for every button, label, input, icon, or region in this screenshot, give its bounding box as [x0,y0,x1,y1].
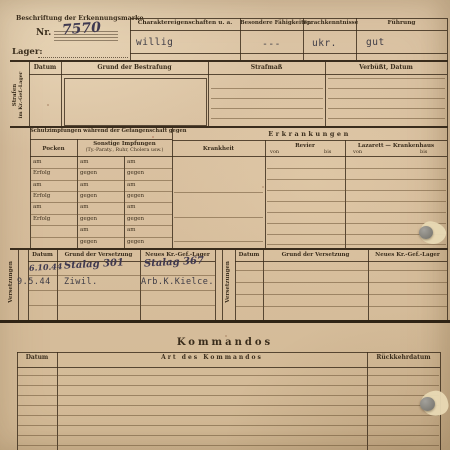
rule-line [30,191,172,192]
impfungen-header-sonstige-sub: (Ty.-Paraty., Ruhr, Cholera usw.) [77,148,172,154]
vac-row-label: gegen [80,170,97,176]
transfer-entry-grund-typed: Ziwil. [64,277,98,287]
rule-line [174,192,263,193]
rule-line [211,88,323,89]
kommandos-header-rueckkehr: Rückkehrdatum [367,355,440,362]
rule-line [30,180,172,181]
paper-speck [47,104,49,106]
rule-line [174,241,263,242]
lazarett-von-label: von [353,150,362,156]
versetzungen-right-header-datum: Datum [235,252,263,258]
erkrankungen-header-krankheit: Krankheit [172,146,265,152]
rule-line [328,108,445,109]
rule-line [18,425,439,426]
vac-row-label: am [127,159,136,165]
rule-line [267,168,446,169]
versetzungen-side-label-text: Versetzungen [8,250,14,314]
rule-line [18,415,439,416]
vac-row-label: am [80,227,89,233]
impfungen-header-pocken: Pocken [30,146,77,152]
strafen-side-label-line2: im Kr.-Gef.-Lager [18,63,24,127]
divider [130,53,447,54]
revier-von-label: von [270,150,279,156]
versetzungen-left-header-datum: Datum [28,252,57,258]
vac-row-label: am [127,204,136,210]
versetzungen-side-label-left: Versetzungen [5,250,17,314]
rule-line [30,168,172,169]
impfungen-header-sonstige: Sonstige Impfungen [77,141,172,147]
divider [235,261,447,262]
rule-line [18,435,439,436]
versetzungen-side-label-right: Versetzungen [222,250,234,314]
divider [447,18,448,60]
vac-row-label: gegen [127,170,144,176]
rule-line [30,225,172,226]
rule-line [18,405,439,406]
card-bottom-edge [0,320,450,323]
rule-line [30,237,172,238]
nr-label: Nr. [36,28,51,38]
rule-line [267,179,446,180]
rule-line [30,214,172,215]
divider [17,352,440,353]
vac-row-label: am [33,204,42,210]
rule-line [18,385,439,386]
divider [325,62,326,126]
erkrankungen-title: Erkrankungen [172,131,447,138]
traits-value-fuehrung: gut [366,37,385,48]
kommandos-header-datum: Datum [17,355,57,362]
strafen-side-label: Strafen im Kr.-Gef.-Lager [6,63,30,127]
divider [29,62,30,126]
divider [222,250,223,320]
vac-row-label: gegen [127,193,144,199]
strafen-grund-box [64,78,207,126]
traits-value-faehigkeiten: --- [240,39,303,50]
divider [447,250,448,320]
traits-header-charakter: Charaktereigenschaften u. a. [131,20,239,27]
traits-header-sprachkenntnisse: Sprachkenntnisse [303,20,356,26]
rule-line [236,294,447,295]
vac-row-label: gegen [80,193,97,199]
section-divider [10,60,448,62]
traits-header-faehigkeiten: Besondere Fähigkeiten [240,20,303,26]
divider [263,250,264,320]
divider [215,250,216,320]
versetzungen-side-label-text: Versetzungen [225,250,231,314]
divider [265,140,266,248]
divider [172,140,447,141]
transfer-entry-lager-handwritten: Stalag 367 [144,255,204,269]
versetzungen-left-header-grund: Grund der Versetzung [57,252,140,258]
rule-line [328,98,445,99]
divider [447,62,448,126]
nr-value-handwritten: 7570 [61,20,101,39]
rule-line [328,88,445,89]
divider [208,62,209,126]
vac-row-label: am [33,182,42,188]
rule-line [18,375,439,376]
traits-header-fuehrung: Führung [356,20,447,27]
divider [172,156,447,157]
kommandos-header-art: Art des Kommandos [57,355,367,362]
vac-row-label: gegen [80,216,97,222]
transfer-entry-datum-typed: 9.5.44 [17,277,51,287]
rule-line [211,108,323,109]
vac-row-label: am [33,159,42,165]
paper-speck [262,186,264,188]
rule-line [267,201,446,202]
divider [77,139,78,248]
vac-row-label: gegen [127,239,144,245]
divider [30,139,172,140]
divider [30,156,172,157]
versetzungen-right-header-lager: Neues Kr.-Gef.-Lager [368,252,447,258]
vac-row-label: am [127,182,136,188]
vac-row-label: am [80,204,89,210]
rule-line [236,270,447,271]
divider [30,127,31,248]
rule-line [28,275,215,276]
rule-line [328,78,445,79]
rule-line [267,212,446,213]
rule-line [267,190,446,191]
rule-line [211,118,323,119]
vac-row-label: am [80,182,89,188]
vac-row-label: gegen [80,239,97,245]
rule-line [30,202,172,203]
strafen-header-datum: Datum [29,65,61,72]
vac-row-label: Erfolg [33,216,50,222]
rule-line [28,305,215,306]
divider [345,140,346,248]
rule-line [236,306,447,307]
divider [447,127,448,248]
lager-dotted-line [38,49,128,58]
vac-row-label: am [127,227,136,233]
traits-value-sprachkenntnisse: ukr. [312,38,337,49]
rule-line [267,223,446,224]
divider [130,18,447,19]
divider [61,62,62,126]
rule-line [236,282,447,283]
vac-row-label: am [80,159,89,165]
revier-bis-label: bis [324,150,331,156]
paper-speck [225,335,227,337]
rule-line [211,98,323,99]
punch-hole [420,397,435,411]
punch-hole [419,226,433,239]
rule-line [267,244,446,245]
rule-line [18,445,439,446]
divider [130,30,447,31]
traits-value-charakter: willig [136,37,173,48]
transfer-entry-grund-handwritten: Stalag 301 [64,257,124,271]
strafen-header-grund: Grund der Bestrafung [61,65,208,72]
vac-row-label: Erfolg [33,193,50,199]
transfer-entry-lager-typed: Arb.K.Kielce. [141,277,214,287]
vac-row-label: gegen [127,216,144,222]
transfer-entry-datum-handwritten: 6.10.44 [29,261,63,273]
rule-line [18,395,439,396]
divider [235,250,236,320]
impfungen-title: Schutzimpfungen während der Gefangenscha… [30,129,172,135]
kommandos-title: Kommandos [150,337,300,349]
rule-line [328,118,445,119]
strafen-header-verbuesst: Verbüßt, Datum [325,65,447,72]
lazarett-bis-label: bis [420,150,427,156]
divider [29,74,447,75]
strafen-header-strafmass: Strafmaß [208,65,325,72]
rule-line [28,290,215,291]
divider [17,367,440,368]
nr-staff-line [54,40,118,41]
rule-line [174,217,263,218]
divider [368,250,369,320]
pow-personnel-card: Beschriftung der Erkennungsmarke Nr. 757… [0,0,450,450]
paper-speck [152,136,154,138]
vac-row-label: Erfolg [33,170,50,176]
versetzungen-right-header-grund: Grund der Versetzung [263,252,368,258]
